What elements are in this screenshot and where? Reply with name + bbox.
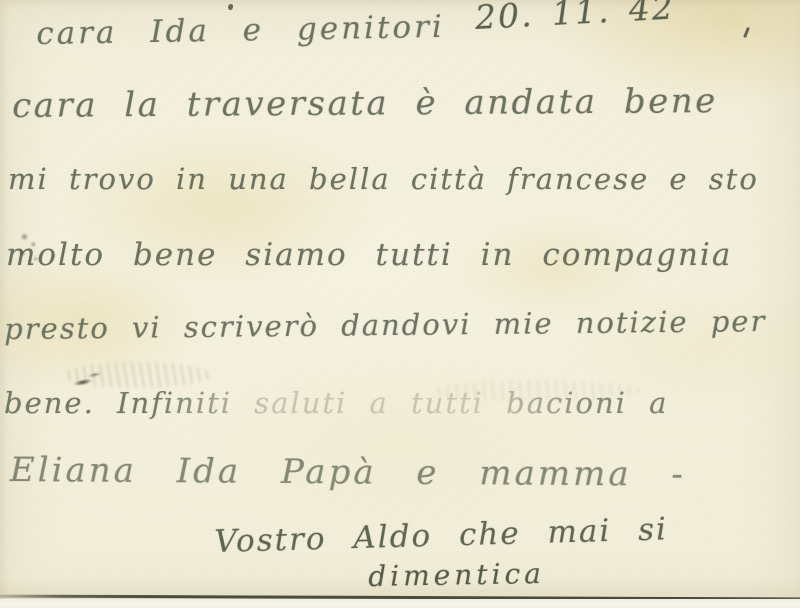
handwriting-line-8-signature: Vostro Aldo che mai si [214, 511, 668, 560]
scan-background-strip [0, 599, 800, 608]
handwriting-line-2: cara la traversata è andata bene [12, 81, 718, 126]
handwriting-line-1: cara Ida e genitori [36, 9, 445, 52]
handwriting-line-9-signature-end: dimentica [368, 557, 545, 593]
handwriting-line-6: bene. Infiniti saluti a tutti bacioni a [4, 386, 668, 420]
handwriting-line-5: presto vi scriverò dandovi mie notizie p… [4, 304, 767, 346]
date-annotation: 20. 11. 42 [474, 0, 676, 37]
ink-speck [228, 4, 233, 10]
ink-tick-mark [743, 27, 750, 38]
handwriting-line-3: mi trovo in una bella città francese e s… [8, 162, 759, 196]
ghost-writing-smudge [62, 362, 212, 388]
handwriting-line-7-signoff-names: Eliana Ida Papà e mamma - [10, 450, 686, 495]
handwriting-line-4: molto bene siamo tutti in compagnia [6, 237, 732, 273]
postcard-scan: 20. 11. 42 cara Ida e genitori cara la t… [0, 0, 800, 608]
